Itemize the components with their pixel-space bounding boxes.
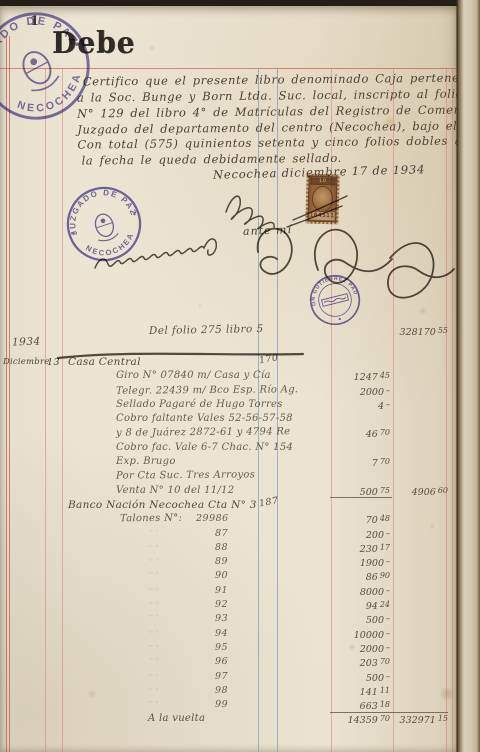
detail-amount: 200– bbox=[328, 529, 390, 541]
table-row: 87 200– bbox=[0, 528, 456, 542]
table-row: A la vuelta 1435970 33297115 bbox=[0, 713, 456, 727]
total-amount bbox=[394, 657, 448, 669]
cheque-number: 87 bbox=[215, 527, 228, 538]
table-row: 92 9424 bbox=[0, 599, 456, 613]
entry-description: Exp. Brugo bbox=[116, 456, 176, 467]
cheque-number: 99 bbox=[215, 699, 228, 710]
detail-amount: 124745 bbox=[328, 371, 390, 383]
book-gutter-edge bbox=[457, 0, 480, 752]
total-amount bbox=[394, 471, 448, 483]
table-row: 93 500– bbox=[0, 613, 456, 627]
total-amount bbox=[394, 686, 448, 698]
entry-description: Venta N° 10 del 11/12 bbox=[116, 485, 234, 496]
svg-text:RAMON GUTIERREZ PADILLA: RAMON GUTIERREZ PADILLA bbox=[301, 266, 359, 308]
total-amount bbox=[394, 543, 448, 555]
total-amount bbox=[394, 414, 448, 426]
entry-description: Por Cta Suc. Tres Arroyos bbox=[116, 470, 255, 482]
table-row: 98 14111 bbox=[0, 685, 456, 699]
table-row: 96 20370 bbox=[0, 656, 456, 670]
entry-description: Cobro fac. Vale 6-7 Chac. N° 154 bbox=[116, 442, 293, 453]
ledger-page: 1 Debe Certifico que el presente libro d… bbox=[0, 6, 457, 752]
table-row: Banco Nación Necochea Cta N° 3 187 bbox=[0, 499, 456, 513]
entry-description: Casa Central bbox=[68, 356, 141, 368]
cheque-number: 94 bbox=[215, 628, 228, 639]
total-amount bbox=[394, 672, 448, 684]
total-amount bbox=[394, 357, 448, 369]
table-row: 91 8000– bbox=[0, 585, 456, 599]
cheque-number: 92 bbox=[215, 599, 228, 610]
detail-amount: 66318 bbox=[328, 700, 390, 712]
total-amount bbox=[394, 643, 448, 655]
detail-amount: 23017 bbox=[328, 543, 390, 555]
table-row: Talones N°: 29986 7048 bbox=[0, 513, 456, 527]
carry-forward-amount-cents: 55 bbox=[438, 326, 448, 335]
detail-amount bbox=[328, 357, 390, 369]
page-edge-line bbox=[456, 0, 458, 752]
ante-mi-note: ante mí bbox=[243, 223, 292, 238]
total-amount bbox=[394, 500, 448, 512]
total-amount bbox=[394, 457, 448, 469]
table-row: 88 23017 bbox=[0, 542, 456, 556]
total-amount bbox=[394, 571, 448, 583]
detail-amount: 2000– bbox=[328, 386, 390, 398]
entry-description: A la vuelta bbox=[148, 713, 205, 724]
detail-amount: 8000– bbox=[328, 586, 390, 598]
ledger-book: 1 Debe Certifico que el presente libro d… bbox=[0, 0, 480, 752]
ledger-rows: Diciembre 13 Casa Central 170 Giro N° 07… bbox=[0, 356, 456, 728]
detail-amount: 9424 bbox=[328, 600, 390, 612]
table-row: 90 8690 bbox=[0, 570, 456, 584]
fiscal-stamp-value: 10 bbox=[308, 178, 337, 185]
entry-description: Sellado Pagaré de Hugo Torres bbox=[116, 399, 283, 410]
table-row: Venta N° 10 del 11/12 50075 490660 bbox=[0, 485, 456, 499]
carry-forward-amount: 32817055 bbox=[394, 326, 448, 338]
detail-amount bbox=[328, 500, 390, 512]
carry-forward-text: Del folio 275 libro 5 bbox=[149, 323, 264, 337]
total-amount bbox=[394, 529, 448, 541]
cheque-number: 95 bbox=[215, 642, 228, 653]
folio-number: 187 bbox=[258, 495, 278, 509]
entry-description: Giro N° 07840 m/ Casa y Cía bbox=[116, 370, 271, 381]
detail-amount bbox=[328, 443, 390, 455]
fiscal-revenue-stamp: 10 104511 bbox=[305, 174, 339, 225]
table-row: Cobro faltante Vales 52-56-57-58 bbox=[0, 413, 456, 427]
detail-amount bbox=[328, 471, 390, 483]
total-amount bbox=[394, 386, 448, 398]
table-row: Giro N° 07840 m/ Casa y Cía 124745 bbox=[0, 370, 456, 384]
detail-amount: 7048 bbox=[328, 514, 390, 526]
total-amount bbox=[394, 400, 448, 412]
detail-amount: 500– bbox=[328, 614, 390, 626]
total-amount bbox=[394, 443, 448, 455]
cheque-number: 96 bbox=[215, 656, 228, 667]
entry-description: Talones N°: bbox=[120, 513, 182, 525]
cheque-number: 98 bbox=[215, 685, 228, 696]
certification-paragraph: Certifico que el presente libro denomina… bbox=[0, 4, 457, 9]
cheque-number: 91 bbox=[215, 585, 228, 596]
table-row: 89 1900– bbox=[0, 556, 456, 570]
folio-number: 170 bbox=[258, 353, 278, 367]
table-row: Por Cta Suc. Tres Arroyos bbox=[0, 470, 456, 484]
total-amount bbox=[394, 586, 448, 598]
detail-amount: 14111 bbox=[328, 686, 390, 698]
total-amount bbox=[394, 700, 448, 712]
total-amount: 33297115 bbox=[394, 714, 448, 726]
cheque-number: 89 bbox=[215, 556, 228, 567]
entry-description: Banco Nación Necochea Cta N° 3 bbox=[68, 499, 257, 511]
detail-amount: 2000– bbox=[328, 643, 390, 655]
svg-text:JUZGADO DE PAZ: JUZGADO DE PAZ bbox=[59, 179, 139, 237]
page-folio-number: 1 bbox=[30, 14, 40, 29]
detail-amount: 20370 bbox=[328, 657, 390, 669]
fiscal-stamp-vignette bbox=[313, 187, 333, 211]
total-amount bbox=[394, 629, 448, 641]
detail-amount: 10000– bbox=[328, 629, 390, 641]
detail-amount: 770 bbox=[328, 457, 390, 469]
entry-year: 1934 bbox=[12, 336, 41, 349]
entry-description: Telegr. 22439 m/ Bco Esp. Río Ag. bbox=[116, 384, 298, 397]
detail-amount: 50075 bbox=[328, 486, 390, 498]
total-amount bbox=[394, 514, 448, 526]
total-amount: 490660 bbox=[394, 486, 448, 498]
detail-amount: 500– bbox=[328, 672, 390, 684]
detail-amount: 4– bbox=[328, 400, 390, 412]
cheque-number: 88 bbox=[215, 542, 228, 553]
table-row: 99 66318 bbox=[0, 699, 456, 713]
certification-line: N° 129 del libro 4° de Matrículas del Re… bbox=[77, 104, 462, 121]
cheque-number: 90 bbox=[215, 570, 228, 581]
cheque-number: 29986 bbox=[196, 513, 229, 524]
detail-amount: 8690 bbox=[328, 571, 390, 583]
table-row: Diciembre 13 Casa Central 170 bbox=[0, 356, 456, 370]
detail-amount bbox=[328, 414, 390, 426]
juzgado-de-paz-stamp-mid: JUZGADO DE PAZ NECOCHEA bbox=[54, 174, 155, 275]
cheque-number: 93 bbox=[215, 613, 228, 624]
detail-amount: 1900– bbox=[328, 557, 390, 569]
entry-description: y 8 de Juárez 2872-61 y 4794 Re bbox=[116, 427, 290, 440]
entry-month: Diciembre bbox=[3, 357, 45, 367]
total-amount bbox=[394, 614, 448, 626]
table-row: 95 2000– bbox=[0, 642, 456, 656]
detail-amount: 4670 bbox=[328, 428, 390, 440]
table-row: Telegr. 22439 m/ Bco Esp. Río Ag. 2000– bbox=[0, 385, 456, 399]
certification-line: Certifico que el presente libro denomina… bbox=[83, 71, 468, 88]
table-row: Exp. Brugo 770 bbox=[0, 456, 456, 470]
subtotal-rule bbox=[330, 497, 392, 498]
entry-description: Cobro faltante Vales 52-56-57-58 bbox=[116, 413, 293, 424]
svg-text:NECOCHEA: NECOCHEA bbox=[82, 228, 140, 264]
certification-line: Con total (575) quinientos setenta y cin… bbox=[77, 135, 462, 152]
fiscal-stamp-serial: 104511 bbox=[309, 212, 334, 221]
total-amount bbox=[394, 371, 448, 383]
table-row: y 8 de Juárez 2872-61 y 4794 Re 4670 bbox=[0, 427, 456, 441]
detail-amount: 1435970 bbox=[328, 714, 390, 726]
total-amount bbox=[394, 557, 448, 569]
total-amount bbox=[394, 428, 448, 440]
table-row: 94 10000– bbox=[0, 628, 456, 642]
cheque-number: 97 bbox=[215, 671, 228, 682]
page-title: Debe bbox=[52, 25, 136, 61]
certification-line: a la Soc. Bunge y Born Ltda. Suc. local,… bbox=[77, 88, 462, 105]
table-row: 97 500– bbox=[0, 671, 456, 685]
notary-round-stamp: RAMON GUTIERREZ PADILLA bbox=[301, 266, 369, 334]
table-row: Sellado Pagaré de Hugo Torres 4– bbox=[0, 399, 456, 413]
entry-day: 13 bbox=[47, 357, 61, 368]
top-rule-line bbox=[0, 68, 456, 69]
carry-forward-amount-value: 328170 bbox=[400, 327, 436, 338]
total-amount bbox=[394, 600, 448, 612]
table-row: Cobro fac. Vale 6-7 Chac. N° 154 bbox=[0, 442, 456, 456]
